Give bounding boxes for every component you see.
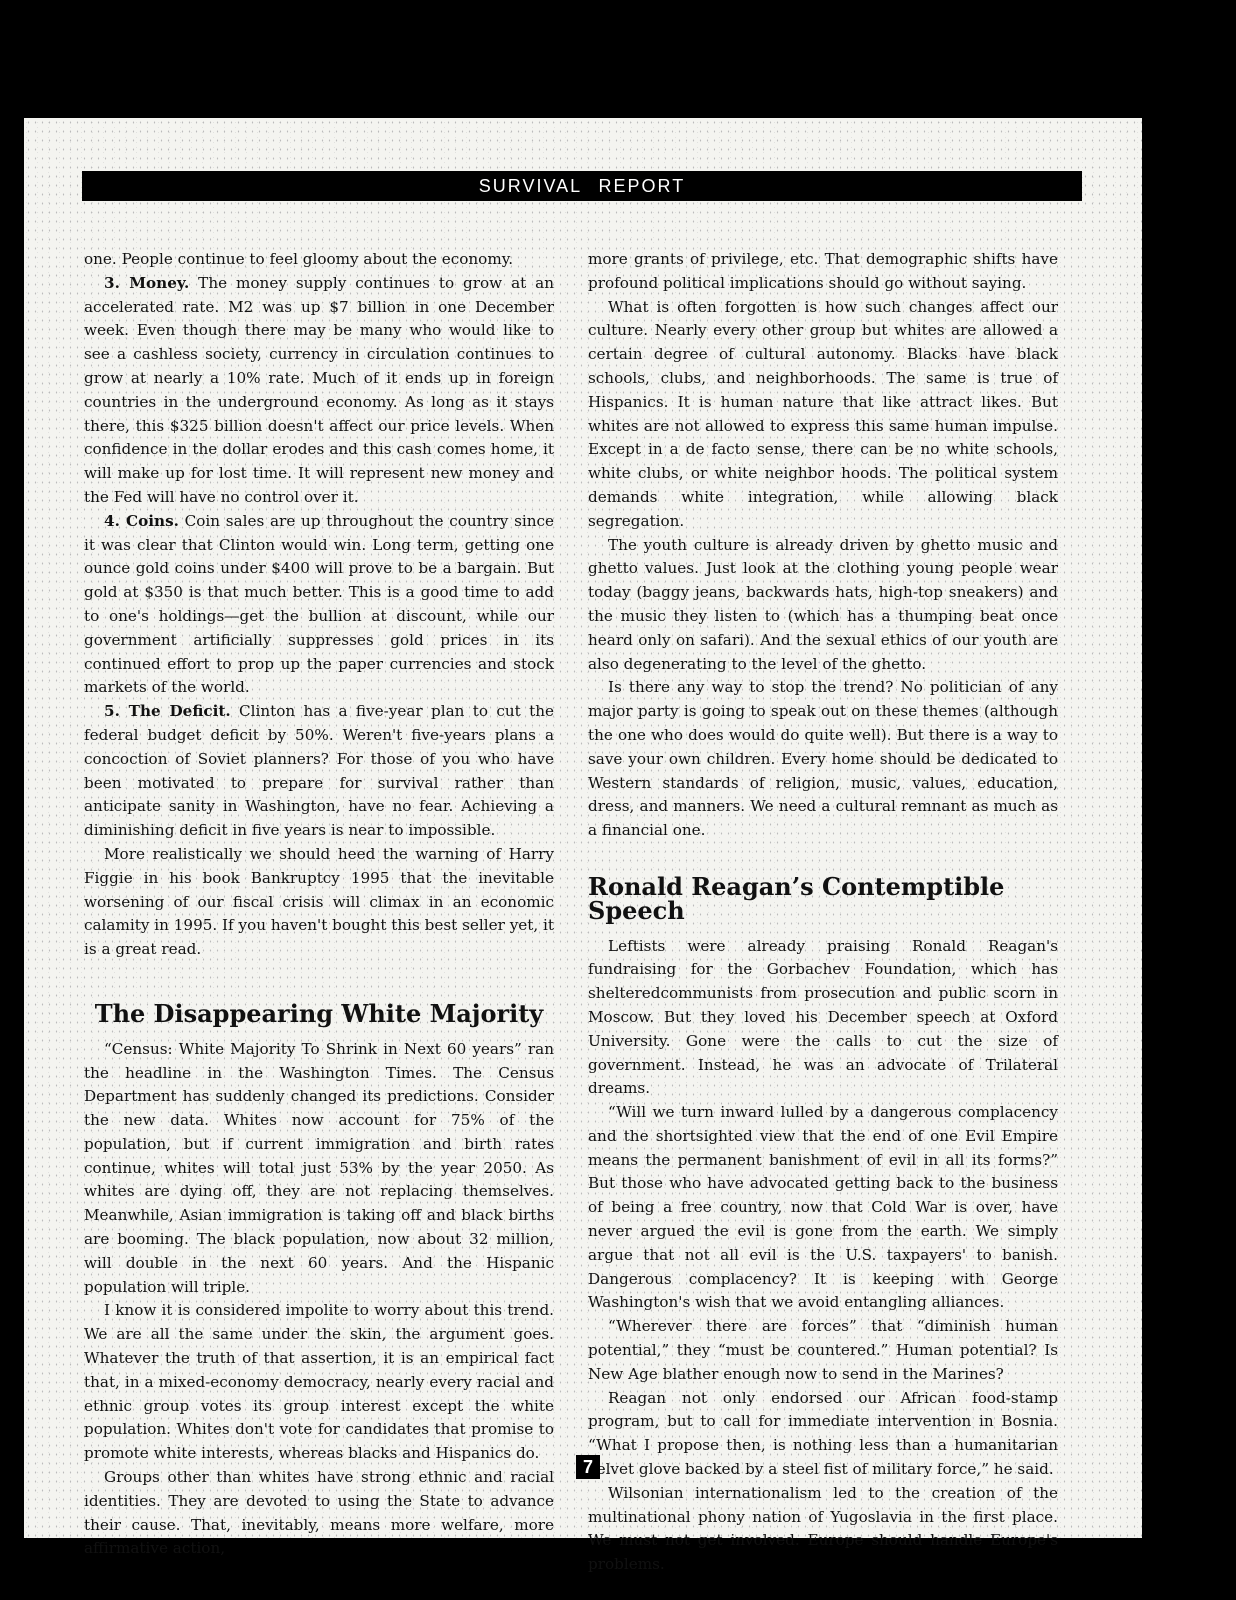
paragraph: What is often forgotten is how such chan… xyxy=(588,296,1058,534)
paragraph: “Will we turn inward lulled by a dangero… xyxy=(588,1101,1058,1315)
paragraph: I know it is considered impolite to worr… xyxy=(84,1299,554,1466)
paragraph-coins: 4. Coins. Coin sales are up throughout t… xyxy=(84,510,554,700)
section-heading: The Disappearing White Majority xyxy=(84,1002,554,1026)
paragraph: “Census: White Majority To Shrink in Nex… xyxy=(84,1038,554,1300)
newsletter-header-banner: SURVIVAL REPORT xyxy=(82,171,1082,201)
paragraph: Is there any way to stop the trend? No p… xyxy=(588,676,1058,843)
paragraph: more grants of privilege, etc. That demo… xyxy=(588,248,1058,296)
left-column: one. People continue to feel gloomy abou… xyxy=(84,248,554,1561)
paragraph: Reagan not only endorsed our African foo… xyxy=(588,1387,1058,1482)
section-heading: Ronald Reagan’s Contemptible Speech xyxy=(588,875,1058,923)
newsletter-title: SURVIVAL REPORT xyxy=(479,176,685,197)
binding-edge xyxy=(18,118,24,1538)
paragraph: The youth culture is already driven by g… xyxy=(588,534,1058,677)
paragraph: Groups other than whites have strong eth… xyxy=(84,1466,554,1561)
paragraph: one. People continue to feel gloomy abou… xyxy=(84,248,554,272)
paragraph-money: 3. Money. The money supply continues to … xyxy=(84,272,554,510)
right-column: more grants of privilege, etc. That demo… xyxy=(588,248,1058,1577)
paragraph: Wilsonian internationalism led to the cr… xyxy=(588,1482,1058,1577)
paragraph: “Wherever there are forces” that “dimini… xyxy=(588,1315,1058,1386)
paragraph: More realistically we should heed the wa… xyxy=(84,843,554,962)
paragraph-deficit: 5. The Deficit. Clinton has a five-year … xyxy=(84,700,554,843)
paragraph: Leftists were already praising Ronald Re… xyxy=(588,935,1058,1102)
page-number: 7 xyxy=(576,1455,600,1479)
